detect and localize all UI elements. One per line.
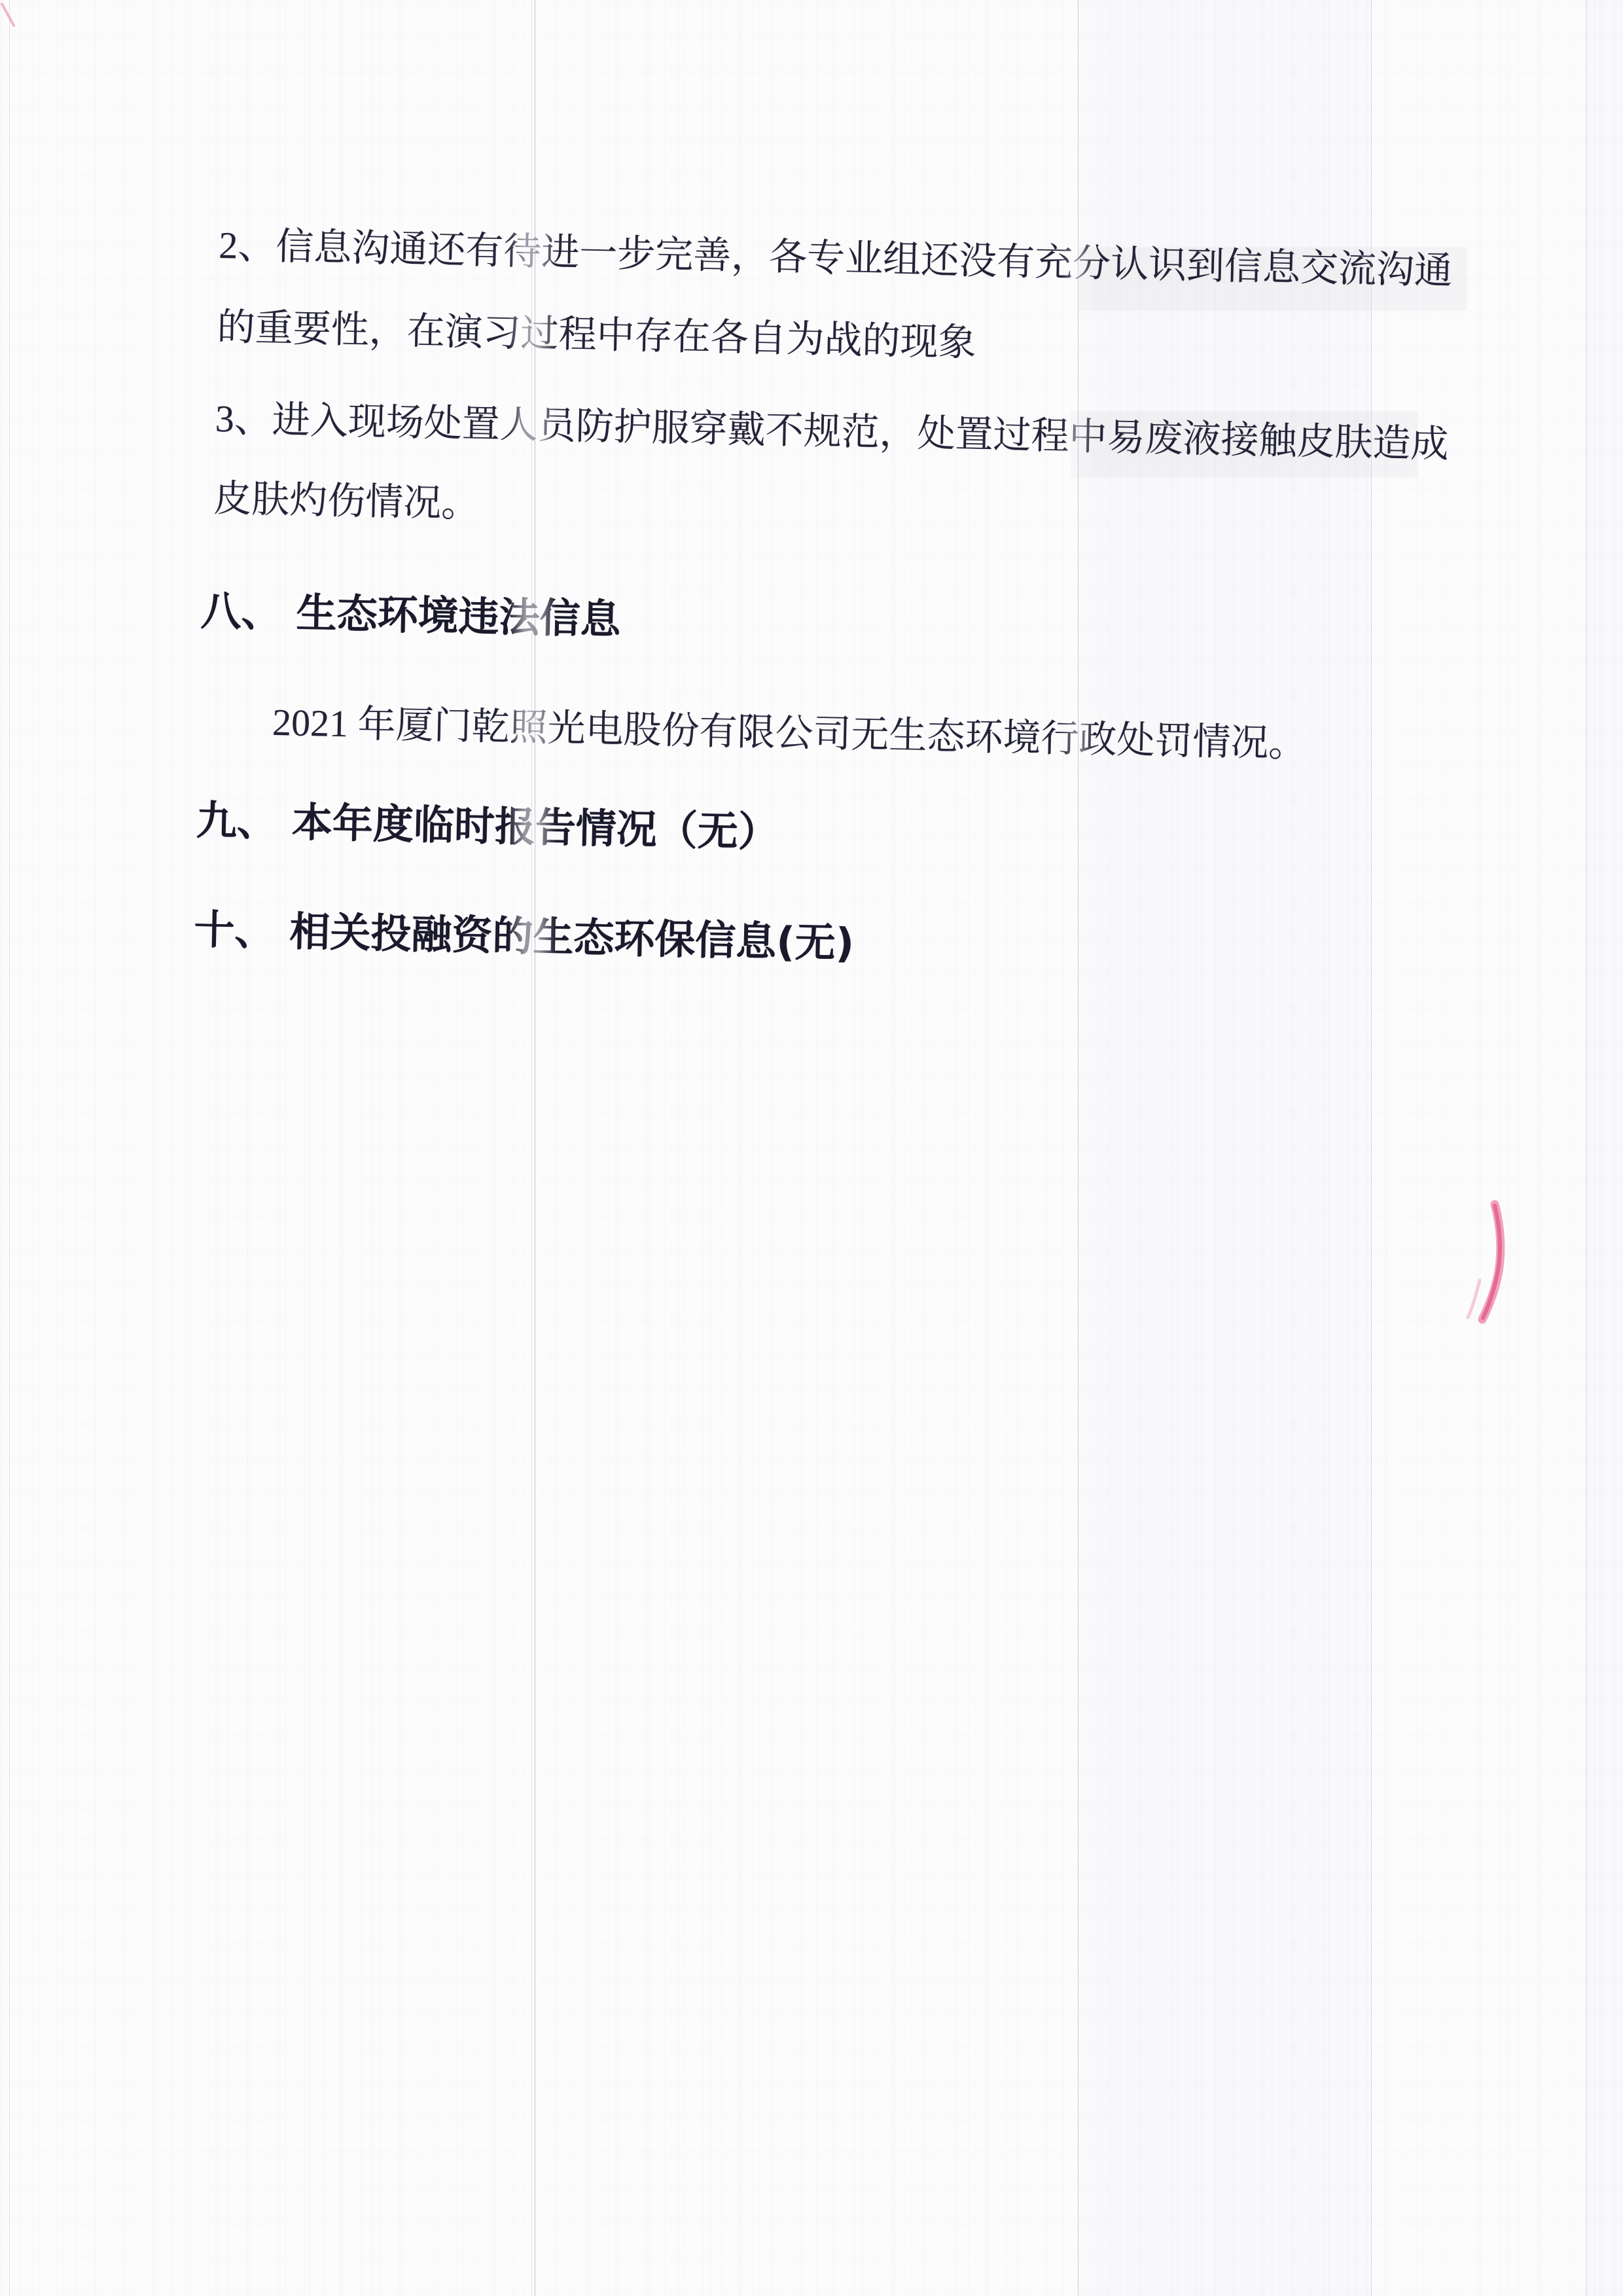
body-line: 3、进入现场处置人员防护服穿戴不规范，处置过程中易废液接触皮肤造成 <box>215 400 1449 463</box>
section-number: 九、 <box>196 799 277 843</box>
section-title: 生态环境违法信息 <box>296 589 621 643</box>
body-line: 皮肤灼伤情况。 <box>213 480 480 523</box>
section-8-paragraph: 2021 年厦门乾照光电股份有限公司无生态环境行政处罚情况。 <box>272 704 1307 763</box>
document-text-block: 2、信息沟通还有待进一步完善，各专业组还没有充分认识到信息交流沟通 的重要性，在… <box>202 226 1535 1072</box>
paper-edge-line <box>9 0 10 2296</box>
corner-pink-nick <box>2 4 14 26</box>
pink-pen-mark <box>1482 1204 1501 1319</box>
body-line: 2、信息沟通还有待进一步完善，各专业组还没有充分认识到信息交流沟通 <box>219 226 1453 290</box>
section-number: 八、 <box>200 590 282 634</box>
section-heading-9: 九、本年度临时报告情况（无） <box>196 799 779 853</box>
section-heading-8: 八、生态环境违法信息 <box>200 590 621 641</box>
body-line: 的重要性，在演习过程中存在各自为战的现象 <box>217 308 976 362</box>
scanned-document-page: 2、信息沟通还有待进一步完善，各专业组还没有充分认识到信息交流沟通 的重要性，在… <box>0 0 1623 2296</box>
section-title: 本年度临时报告情况（无） <box>291 798 779 857</box>
section-title: 相关投融资的生态环保信息(无) <box>289 907 855 967</box>
section-number: 十、 <box>194 908 276 952</box>
pink-pen-mark-core <box>1483 1206 1500 1318</box>
scan-exposure-column-right <box>1587 0 1623 2296</box>
section-heading-10: 十、相关投融资的生态环保信息(无) <box>194 908 855 964</box>
scan-fold-line <box>1586 0 1587 2296</box>
pink-pen-mark-tail <box>1468 1280 1480 1318</box>
